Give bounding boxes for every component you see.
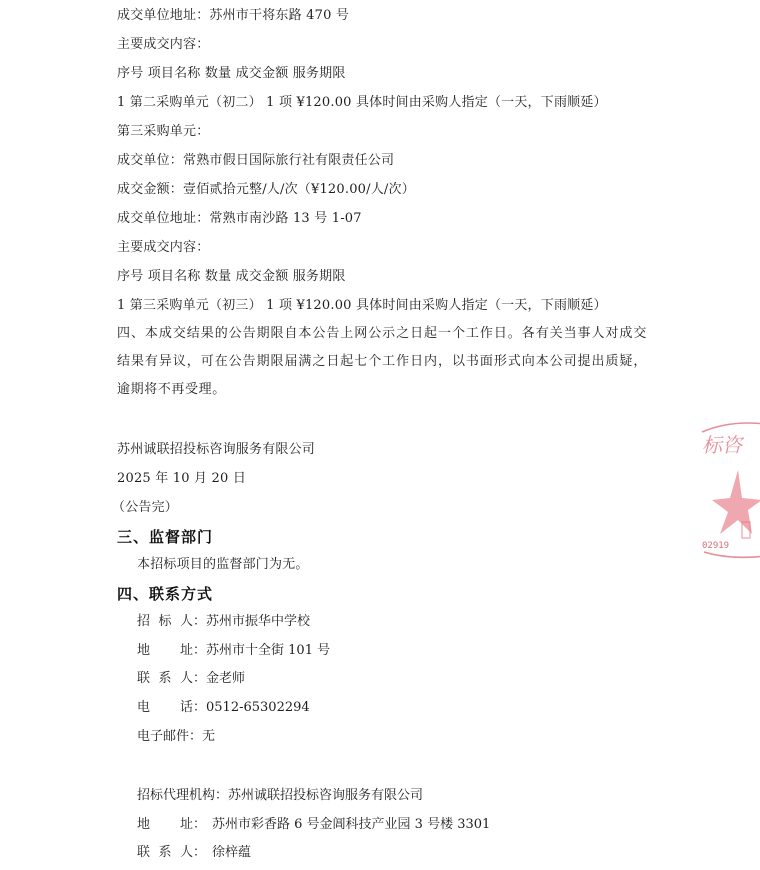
- notice-paragraph: 四、本成交结果的公告期限自本公告上网公示之日起一个工作日。各有关当事人对成交结果…: [117, 320, 647, 404]
- section3-heading: 三、监督部门: [117, 528, 213, 546]
- agency-address-value: 苏州市彩香路 6 号金阊科技产业园 3 号楼 3301: [212, 817, 490, 833]
- agency-name-row: 招标代理机构：苏州诚联招投标咨询服务有限公司: [137, 788, 423, 804]
- tenderer-name-value: 苏州市振华中学校: [206, 614, 310, 630]
- tenderer-phone-label: 电 话: [137, 700, 193, 716]
- unit3-winner-line: 成交单位：常熟市假日国际旅行社有限责任公司: [117, 153, 394, 169]
- tenderer-email-value: 无: [202, 729, 215, 745]
- agency-address-row: 地 址 ：苏州市彩香路 6 号金阊科技产业园 3 号楼 3301: [137, 817, 490, 833]
- stamp-number: 02919: [702, 541, 729, 551]
- tenderer-address-value: 苏州市十全街 101 号: [206, 643, 330, 659]
- official-seal-stamp: 标咨 02919: [690, 410, 760, 570]
- unit3-amount-line: 成交金额：壹佰贰拾元整/人/次（¥120.00/人/次）: [117, 182, 415, 198]
- stamp-text: 标咨: [702, 433, 745, 457]
- unit3-address-label: 成交单位地址：: [117, 211, 209, 226]
- tenderer-contact-value: 金老师: [206, 671, 245, 687]
- signature-company: 苏州诚联招投标咨询服务有限公司: [117, 442, 315, 458]
- unit3-amount-label: 成交金额：: [117, 182, 183, 197]
- tenderer-phone-row: 电 话 ：0512-65302294: [137, 700, 310, 716]
- unit2-address-label: 成交单位地址：: [117, 8, 209, 23]
- unit3-table-header: 序号 项目名称 数量 成交金额 服务期限: [117, 269, 346, 285]
- unit2-address-line: 成交单位地址：苏州市干将东路 470 号: [117, 8, 349, 24]
- section3-body: 本招标项目的监督部门为无。: [137, 557, 309, 573]
- tenderer-name-row: 招 标 人 ：苏州市振华中学校: [137, 614, 310, 630]
- tenderer-contact-label: 联 系 人: [137, 671, 193, 687]
- agency-contact-value: 徐梓蕴: [212, 845, 251, 861]
- unit2-address-value: 苏州市干将东路 470 号: [209, 8, 349, 23]
- unit3-winner-value: 常熟市假日国际旅行社有限责任公司: [183, 153, 394, 168]
- stamp-ring-bottom: [704, 552, 760, 557]
- agency-contact-label: 联 系 人: [137, 845, 193, 861]
- agency-address-label: 地 址: [137, 817, 193, 833]
- unit3-amount-value: 壹佰贰拾元整/人/次（¥120.00/人/次）: [183, 182, 415, 197]
- unit3-winner-label: 成交单位：: [117, 153, 183, 168]
- tenderer-address-row: 地 址 ：苏州市十全街 101 号: [137, 643, 330, 659]
- tenderer-phone-value: 0512-65302294: [206, 700, 310, 716]
- agency-contact-row: 联 系 人 ：徐梓蕴: [137, 845, 251, 861]
- agency-name-value: 苏州诚联招投标咨询服务有限公司: [228, 788, 423, 804]
- stamp-ring-top: [702, 423, 760, 432]
- tenderer-address-label: 地 址: [137, 643, 193, 659]
- tenderer-name-label: 招 标 人: [137, 614, 193, 630]
- unit2-table-row: 1 第二采购单元（初二） 1 项 ¥120.00 具体时间由采购人指定（一天，下…: [117, 95, 607, 111]
- stamp-star-icon: [712, 470, 760, 534]
- unit3-table-row: 1 第三采购单元（初三） 1 项 ¥120.00 具体时间由采购人指定（一天，下…: [117, 298, 607, 314]
- tenderer-email-label: 电子邮件: [137, 729, 189, 745]
- tenderer-contact-row: 联 系 人 ：金老师: [137, 671, 245, 687]
- section4-heading: 四、联系方式: [117, 585, 213, 603]
- signature-date: 2025 年 10 月 20 日: [117, 471, 246, 487]
- end-mark: （公告完）: [112, 500, 178, 516]
- agency-name-label: 招标代理机构：: [137, 788, 228, 804]
- unit2-table-header: 序号 项目名称 数量 成交金额 服务期限: [117, 66, 346, 82]
- unit2-content-label: 主要成交内容：: [117, 37, 209, 53]
- unit3-address-value: 常熟市南沙路 13 号 1-07: [209, 211, 361, 226]
- unit3-address-line: 成交单位地址：常熟市南沙路 13 号 1-07: [117, 211, 362, 227]
- tenderer-email-row: 电子邮件：无: [137, 729, 215, 745]
- unit3-title: 第三采购单元：: [117, 124, 209, 140]
- unit3-content-label: 主要成交内容：: [117, 240, 209, 256]
